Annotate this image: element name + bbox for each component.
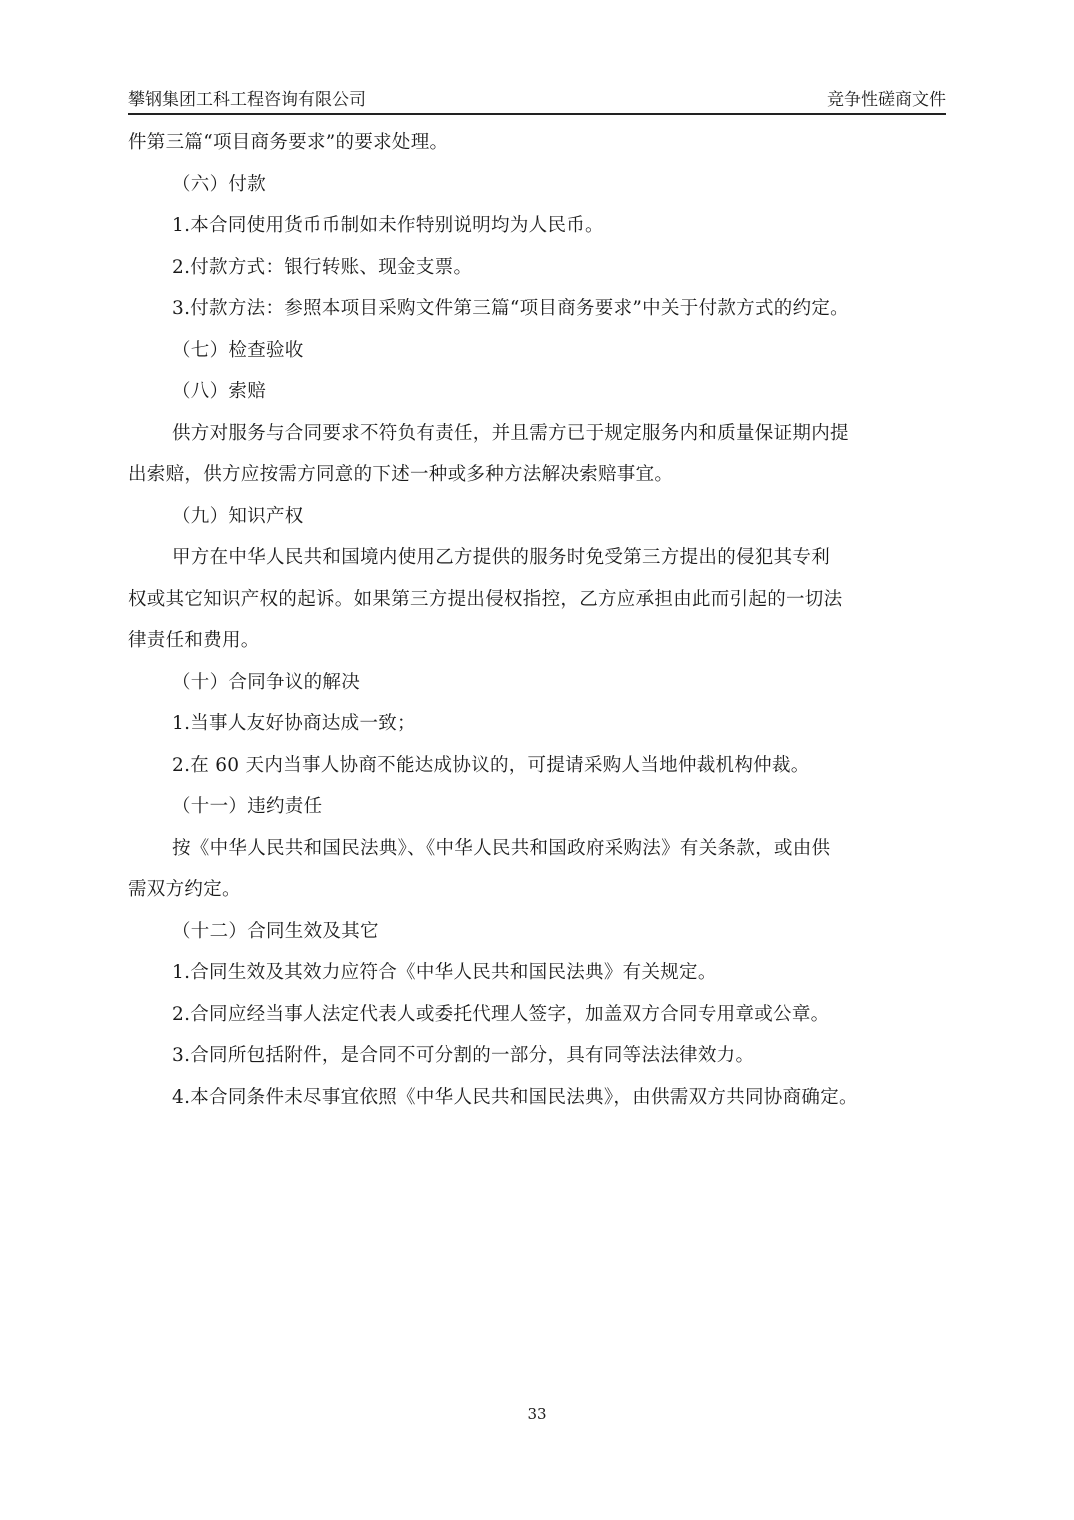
paragraph-line: 按《中华人民共和国民法典》、《中华人民共和国政府采购法》有关条款，或由供 [128,834,946,876]
paragraph-line: 2.合同应经当事人法定代表人或委托代理人签字，加盖双方合同专用章或公章。 [128,1000,946,1042]
section-heading-disputes: （十）合同争议的解决 [128,668,946,710]
paragraph-line: 1.当事人友好协商达成一致； [128,709,946,751]
paragraph-line: 2.在 60 天内当事人协商不能达成协议的，可提请采购人当地仲裁机构仲裁。 [128,751,946,793]
header-company-name: 攀钢集团工科工程咨询有限公司 [128,88,366,112]
paragraph-line: 1.合同生效及其效力应符合《中华人民共和国民法典》有关规定。 [128,958,946,1000]
paragraph-line: 3.付款方法：参照本项目采购文件第三篇“项目商务要求”中关于付款方式的约定。 [128,294,946,336]
document-body: 件第三篇“项目商务要求”的要求处理。 （六）付款 1.本合同使用货币币制如未作特… [128,128,946,1124]
paragraph-line: 4.本合同条件未尽事宜依照《中华人民共和国民法典》，由供需双方共同协商确定。 [128,1083,946,1125]
page-header: 攀钢集团工科工程咨询有限公司 竞争性磋商文件 [128,88,946,112]
paragraph-line: 2.付款方式：银行转账、现金支票。 [128,253,946,295]
paragraph-line: 权或其它知识产权的起诉。如果第三方提出侵权指控，乙方应承担由此而引起的一切法 [128,585,946,627]
paragraph-line: 供方对服务与合同要求不符负有责任，并且需方已于规定服务内和质量保证期内提 [128,419,946,461]
section-heading-inspection: （七）检查验收 [128,336,946,378]
paragraph-line: 甲方在中华人民共和国境内使用乙方提供的服务时免受第三方提出的侵犯其专利 [128,543,946,585]
section-heading-effectiveness: （十二）合同生效及其它 [128,917,946,959]
header-divider [128,113,946,115]
paragraph-line: 3.合同所包括附件，是合同不可分割的一部分，具有同等法法律效力。 [128,1041,946,1083]
section-heading-claims: （八）索赔 [128,377,946,419]
section-heading-ip: （九）知识产权 [128,502,946,544]
section-heading-payment: （六）付款 [128,170,946,212]
paragraph-line: 律责任和费用。 [128,626,946,668]
paragraph-line: 件第三篇“项目商务要求”的要求处理。 [128,128,946,170]
paragraph-line: 出索赔，供方应按需方同意的下述一种或多种方法解决索赔事宜。 [128,460,946,502]
section-heading-liability: （十一）违约责任 [128,792,946,834]
page-number: 33 [0,1405,1074,1423]
paragraph-line: 1.本合同使用货币币制如未作特别说明均为人民币。 [128,211,946,253]
header-document-type: 竞争性磋商文件 [827,88,946,112]
paragraph-line: 需双方约定。 [128,875,946,917]
